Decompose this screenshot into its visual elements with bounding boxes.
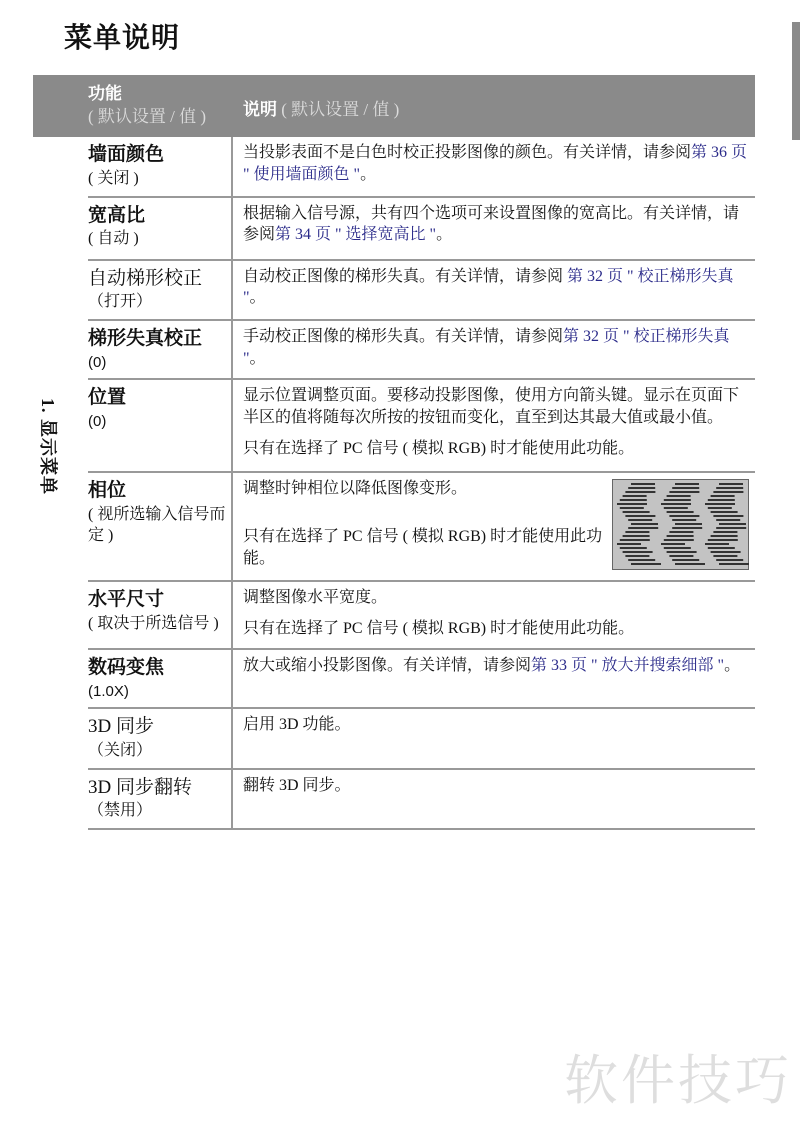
function-default-value: ( 自动 ) xyxy=(88,229,227,250)
function-description-cell: 自动校正图像的梯形失真。有关详情，请参阅 第 32 页 " 校正梯形失真 "。 xyxy=(233,261,755,320)
function-description-cell: 调整图像水平宽度。只有在选择了 PC 信号 ( 模拟 RGB) 时才能使用此功能… xyxy=(233,582,755,648)
header-description-column: 说明 ( 默认设置 / 值 ) xyxy=(233,75,755,137)
function-description-cell: 显示位置调整页面。要移动投影图像，使用方向箭头键。显示在页面下半区的值将随每次所… xyxy=(233,380,755,471)
function-default-value: (0) xyxy=(88,353,227,373)
function-description-cell: 放大或缩小投影图像。有关详情，请参阅第 33 页 " 放大并搜索细部 "。 xyxy=(233,650,755,707)
table-rows: 墙面颜色 ( 关闭 ) 当投影表面不是白色时校正投影图像的颜色。有关详情，请参阅… xyxy=(88,137,755,830)
function-name: 3D 同步翻转 xyxy=(88,776,227,800)
page-reference-link[interactable]: 第 33 页 " 放大并搜索细部 " xyxy=(531,657,724,674)
function-name-cell: 数码变焦 (1.0X) xyxy=(88,650,233,707)
function-description-cell: 手动校正图像的梯形失真。有关详情，请参阅第 32 页 " 校正梯形失真 "。 xyxy=(233,321,755,378)
description-text: 显示位置调整页面。要移动投影图像，使用方向箭头键。显示在页面下半区的值将随每次所… xyxy=(243,387,739,426)
chapter-edge-tab xyxy=(792,22,800,140)
function-name: 墙面颜色 xyxy=(88,143,227,167)
function-description-cell: 根据输入信号源，共有四个选项可来设置图像的宽高比。有关详情，请参阅第 34 页 … xyxy=(233,198,755,259)
function-default-value: ( 关闭 ) xyxy=(88,169,227,190)
menu-description-table: 功能 ( 默认设置 / 值 ) 说明 ( 默认设置 / 值 ) 墙面颜色 ( 关… xyxy=(33,75,755,830)
table-row: 3D 同步翻转 （禁用） 翻转 3D 同步。 xyxy=(88,768,755,829)
function-name-cell: 相位 ( 视所选输入信号而定 ) xyxy=(88,473,233,580)
table-header: 功能 ( 默认设置 / 值 ) 说明 ( 默认设置 / 值 ) xyxy=(33,75,755,137)
function-name: 自动梯形校正 xyxy=(88,267,227,291)
function-default-value: （禁用） xyxy=(88,801,227,822)
function-description-cell: 翻转 3D 同步。 xyxy=(233,770,755,829)
function-name-cell: 自动梯形校正 （打开） xyxy=(88,261,233,320)
description-text: 。 xyxy=(250,350,266,367)
chapter-side-label: 1. 显示菜单 xyxy=(36,398,62,495)
function-name-cell: 3D 同步翻转 （禁用） xyxy=(88,770,233,829)
description-text: 手动校正图像的梯形失真。有关详情，请参阅 xyxy=(243,328,563,345)
table-row: 水平尺寸 ( 取决于所选信号 ) 调整图像水平宽度。只有在选择了 PC 信号 (… xyxy=(88,580,755,648)
header-function-sublabel: ( 默认设置 / 值 ) xyxy=(88,107,206,126)
page-title: 菜单说明 xyxy=(64,16,180,56)
description-text: 翻转 3D 同步。 xyxy=(243,777,351,794)
description-text: 自动校正图像的梯形失真。有关详情，请参阅 xyxy=(243,268,567,285)
description-text: 。 xyxy=(360,166,376,183)
table-row: 位置 (0) 显示位置调整页面。要移动投影图像，使用方向箭头键。显示在页面下半区… xyxy=(88,378,755,471)
function-name: 相位 xyxy=(88,479,227,503)
header-function-label: 功能 xyxy=(88,84,122,103)
phase-sample-image xyxy=(612,479,749,570)
function-default-value: （关闭） xyxy=(88,741,227,762)
table-row: 数码变焦 (1.0X) 放大或缩小投影图像。有关详情，请参阅第 33 页 " 放… xyxy=(88,648,755,707)
function-description-cell: 当投影表面不是白色时校正投影图像的颜色。有关详情，请参阅第 36 页 " 使用墙… xyxy=(233,137,755,196)
table-row: 自动梯形校正 （打开） 自动校正图像的梯形失真。有关详情，请参阅 第 32 页 … xyxy=(88,259,755,320)
function-name-cell: 水平尺寸 ( 取决于所选信号 ) xyxy=(88,582,233,648)
function-name-cell: 梯形失真校正 (0) xyxy=(88,321,233,378)
header-function-column: 功能 ( 默认设置 / 值 ) xyxy=(33,75,233,137)
header-description-label: 说明 xyxy=(243,100,277,119)
description-text: 只有在选择了 PC 信号 ( 模拟 RGB) 时才能使用此功能。 xyxy=(243,620,634,637)
function-name: 梯形失真校正 xyxy=(88,327,227,351)
table-row: 宽高比 ( 自动 ) 根据输入信号源，共有四个选项可来设置图像的宽高比。有关详情… xyxy=(88,196,755,259)
function-default-value: ( 取决于所选信号 ) xyxy=(88,614,227,635)
function-default-value: (1.0X) xyxy=(88,682,227,702)
function-name-cell: 宽高比 ( 自动 ) xyxy=(88,198,233,259)
function-name: 位置 xyxy=(88,386,227,410)
table-row: 墙面颜色 ( 关闭 ) 当投影表面不是白色时校正投影图像的颜色。有关详情，请参阅… xyxy=(88,137,755,196)
function-default-value: (0) xyxy=(88,412,227,432)
table-row: 相位 ( 视所选输入信号而定 ) 调整时钟相位以降低图像变形。只有在选择了 PC… xyxy=(88,471,755,580)
function-description-cell: 启用 3D 功能。 xyxy=(233,709,755,768)
description-text: 只有在选择了 PC 信号 ( 模拟 RGB) 时才能使用此功能。 xyxy=(243,440,634,457)
description-text: 启用 3D 功能。 xyxy=(243,716,351,733)
table-row: 3D 同步 （关闭） 启用 3D 功能。 xyxy=(88,707,755,768)
description-text: 只有在选择了 PC 信号 ( 模拟 RGB) 时才能使用此功能。 xyxy=(243,528,602,567)
function-name: 数码变焦 xyxy=(88,656,227,680)
watermark-text: 软件技巧 xyxy=(564,1038,792,1115)
description-text: 。 xyxy=(436,226,452,243)
function-name: 3D 同步 xyxy=(88,715,227,739)
header-description-sublabel: ( 默认设置 / 值 ) xyxy=(281,100,399,119)
chapter-side-label-box: 1. 显示菜单 xyxy=(36,398,62,558)
function-description-cell: 调整时钟相位以降低图像变形。只有在选择了 PC 信号 ( 模拟 RGB) 时才能… xyxy=(233,473,755,580)
function-name: 宽高比 xyxy=(88,204,227,228)
page-reference-link[interactable]: 第 34 页 " 选择宽高比 " xyxy=(275,226,436,243)
function-name-cell: 位置 (0) xyxy=(88,380,233,471)
description-text: 当投影表面不是白色时校正投影图像的颜色。有关详情，请参阅 xyxy=(243,144,691,161)
description-text: 调整时钟相位以降低图像变形。 xyxy=(243,480,467,497)
function-name-cell: 3D 同步 （关闭） xyxy=(88,709,233,768)
function-default-value: ( 视所选输入信号而定 ) xyxy=(88,505,227,547)
function-name: 水平尺寸 xyxy=(88,588,227,612)
description-text: 放大或缩小投影图像。有关详情，请参阅 xyxy=(243,657,531,674)
function-name-cell: 墙面颜色 ( 关闭 ) xyxy=(88,137,233,196)
description-text: 。 xyxy=(724,657,740,674)
description-text: 。 xyxy=(250,289,266,306)
function-default-value: （打开） xyxy=(88,292,227,313)
description-text: 调整图像水平宽度。 xyxy=(243,589,387,606)
table-row: 梯形失真校正 (0) 手动校正图像的梯形失真。有关详情，请参阅第 32 页 " … xyxy=(88,319,755,378)
